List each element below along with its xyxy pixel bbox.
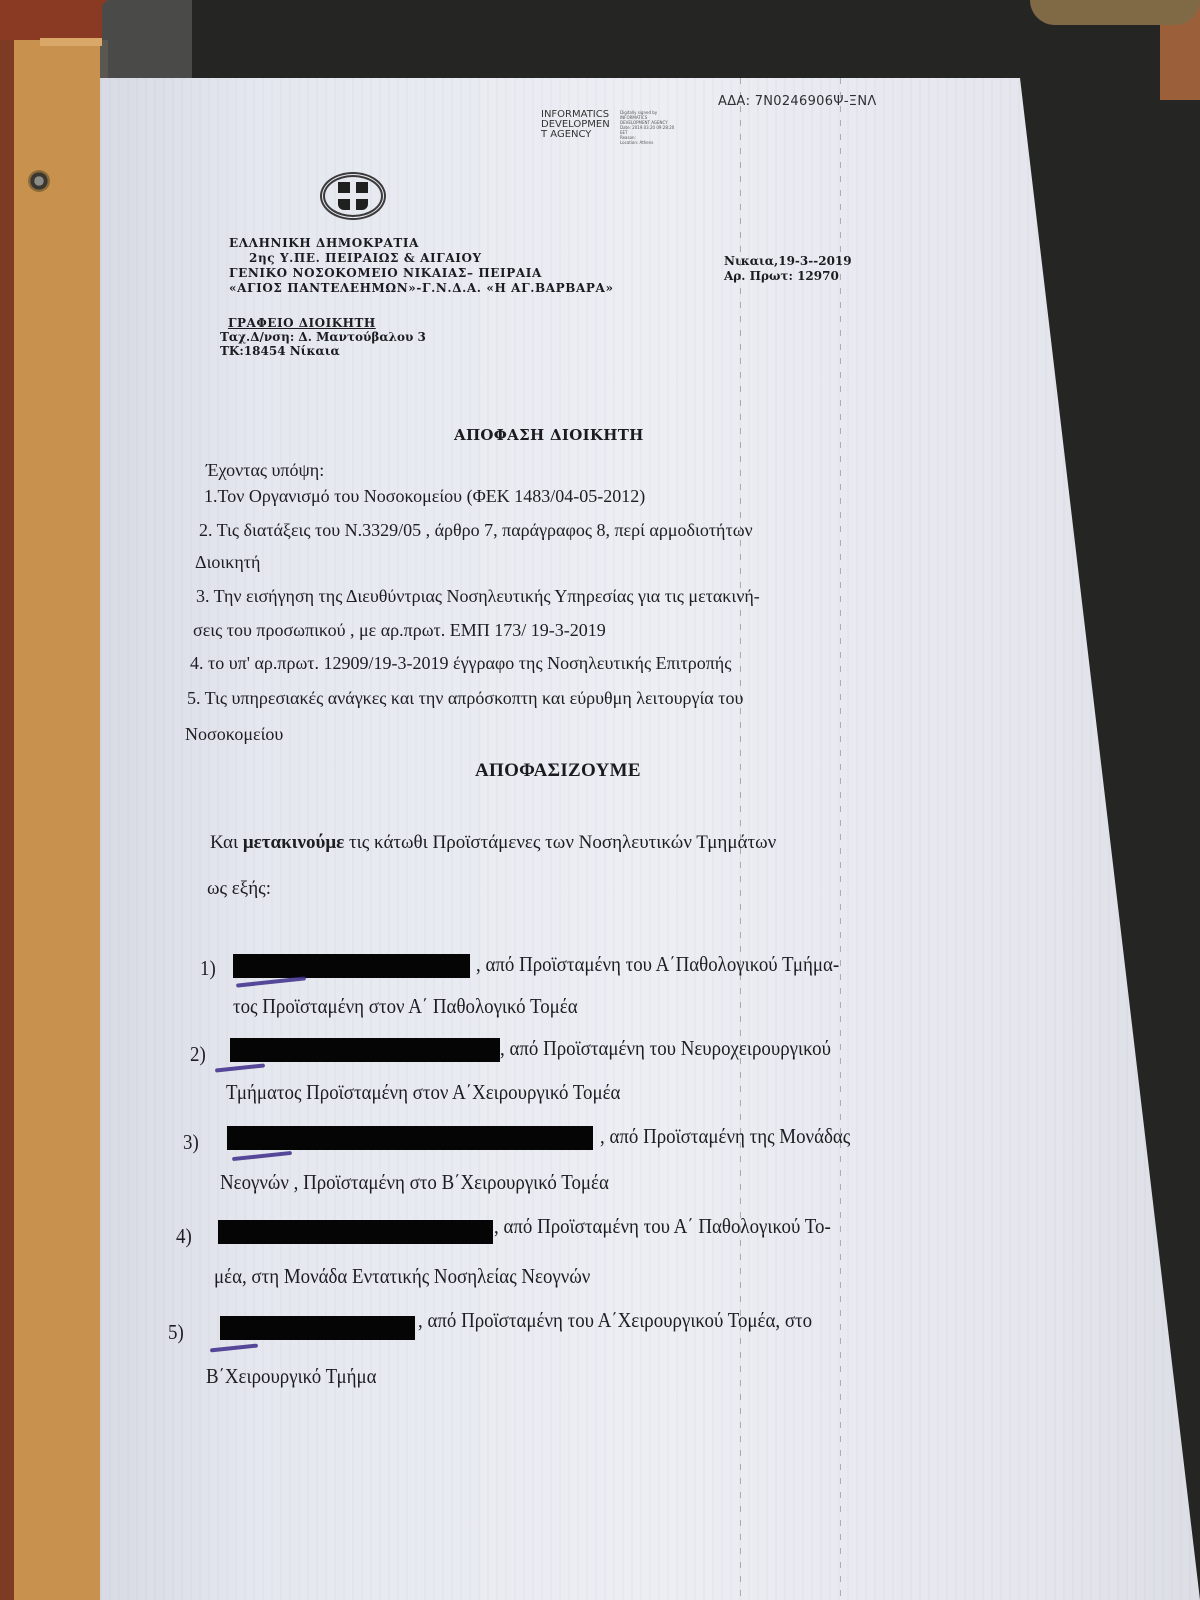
transfer-line: , από Προϊσταμένη του Α΄Χειρουργικού Τομ… (418, 1308, 812, 1333)
transfer-line: , από Προϊσταμένη του Α΄Παθολογικού Τμήμ… (476, 952, 839, 977)
date-and-protocol: Νικαια,19-3--2019 Αρ. Πρωτ: 12970 (724, 254, 852, 284)
redacted-name (233, 954, 470, 978)
intro-line-2: ως εξής: (207, 878, 271, 900)
header-line: 2ης Υ.ΠΕ. ΠΕΙΡΑΙΩΣ & ΑΙΓΑΙΟΥ (229, 251, 614, 266)
protocol-number: Αρ. Πρωτ: 12970 (724, 269, 852, 284)
redacted-name (230, 1038, 500, 1062)
header-line: «ΑΓΙΟΣ ΠΑΝΤΕΛΕΗΜΩΝ»-Γ.Ν.Δ.Α. «Η ΑΓ.ΒΑΡΒΑ… (229, 281, 614, 296)
place-date: Νικαια,19-3--2019 (724, 254, 852, 269)
digital-signature-organization: INFORMATICS DEVELOPMEN T AGENCY (541, 110, 610, 140)
considering-line: 1.Τον Οργανισμό του Νοσοκομείου (ΦΕΚ 148… (204, 486, 645, 507)
wooden-desk-highlight (40, 38, 102, 46)
fold-line (840, 78, 841, 1600)
digital-signature-details: Digitally signed by INFORMATICS DEVELOPM… (620, 110, 730, 145)
transfer-number: 2) (190, 1042, 206, 1067)
redacted-name (227, 1126, 593, 1150)
considering-line: Διοικητή (195, 552, 260, 573)
ada-code: ΑΔΑ: 7Ν0246906Ψ-ΞΝΛ (718, 94, 877, 109)
considering-line: 2. Τις διατάξεις του Ν.3329/05 , άρθρο 7… (199, 520, 753, 541)
header-line: ΕΛΛΗΝΙΚΗ ΔΗΜΟΚΡΑΤΙΑ (229, 236, 614, 251)
considering-label: Έχοντας υπόψη: (206, 460, 324, 481)
decide-title: ΑΠΟΦΑΣΙΖΟΥΜΕ (475, 760, 641, 782)
transfer-number: 5) (168, 1320, 184, 1345)
transfer-line: Β΄Χειρουργικό Τμήμα (206, 1364, 377, 1389)
greek-coat-of-arms-icon (320, 172, 386, 220)
transfer-line: , από Προϊσταμένη της Μονάδας (600, 1124, 850, 1149)
transfer-line: Τμήματος Προϊσταμένη στον Α΄Χειρουργικό … (226, 1080, 620, 1105)
wooden-desk-edge (0, 40, 108, 1600)
header-line: ΓΕΝΙΚΟ ΝΟΣΟΚΟΜΕΙΟ ΝΙΚΑΙΑΣ– ΠΕΙΡΑΙΑ (229, 266, 614, 281)
intro-prefix: Και (210, 832, 243, 853)
transfer-line: , από Προϊσταμένη του Νευροχειρουργικού (500, 1036, 831, 1061)
intro-rest: τις κάτωθι Προϊστάμενες των Νοσηλευτικών… (344, 832, 776, 853)
clipboard-clip (1030, 0, 1200, 25)
transfer-line: τος Προϊσταμένη στον Α΄ Παθολογικό Τομέα (233, 994, 578, 1019)
transfer-number: 1) (200, 956, 216, 981)
transfer-line: μέα, στη Μονάδα Εντατικής Νοσηλείας Νεογ… (214, 1264, 590, 1289)
considering-line: 4. το υπ' αρ.πρωτ. 12909/19-3-2019 έγγρα… (190, 653, 731, 674)
transfer-line: Νεογνών , Προϊσταμένη στο Β΄Χειρουργικό … (220, 1170, 609, 1195)
signature-detail-line: Location: Athens (620, 140, 730, 145)
considering-line: 5. Τις υπηρεσιακές ανάγκες και την απρόσ… (187, 688, 743, 709)
considering-line: Νοσοκομείου (185, 724, 283, 745)
screw-icon (28, 170, 50, 192)
shield-cross-icon (338, 182, 368, 210)
decision-title: ΑΠΟΦΑΣΗ ΔΙΟΙΚΗΤΗ (454, 426, 644, 444)
transfer-number: 3) (183, 1130, 199, 1155)
office-title: ΓΡΑΦΕΙΟ ΔΙΟΙΚΗΤΗ (220, 316, 426, 330)
intro-line: Και μετακινούμε τις κάτωθι Προϊστάμενες … (210, 832, 776, 854)
signature-org-line: T AGENCY (541, 130, 610, 140)
office-block: ΓΡΑΦΕΙΟ ΔΙΟΙΚΗΤΗ Ταχ.Δ/νση: Δ. Μαντούβαλ… (220, 316, 426, 358)
transfer-number: 4) (176, 1224, 192, 1249)
intro-bold-verb: μετακινούμε (243, 832, 344, 853)
office-address: Ταχ.Δ/νση: Δ. Μαντούβαλου 3 (220, 330, 426, 344)
office-postal: ΤΚ:18454 Νίκαια (220, 344, 426, 358)
redacted-name (218, 1220, 493, 1244)
considering-line: σεις του προσωπικού , με αρ.πρωτ. ΕΜΠ 17… (193, 620, 606, 641)
redacted-name (220, 1316, 415, 1340)
considering-line: 3. Την εισήγηση της Διευθύντριας Νοσηλευ… (196, 586, 760, 607)
transfer-line: , από Προϊσταμένη του Α΄ Παθολογικού Το- (494, 1214, 831, 1239)
issuer-header: ΕΛΛΗΝΙΚΗ ΔΗΜΟΚΡΑΤΙΑ 2ης Υ.ΠΕ. ΠΕΙΡΑΙΩΣ &… (229, 236, 614, 296)
